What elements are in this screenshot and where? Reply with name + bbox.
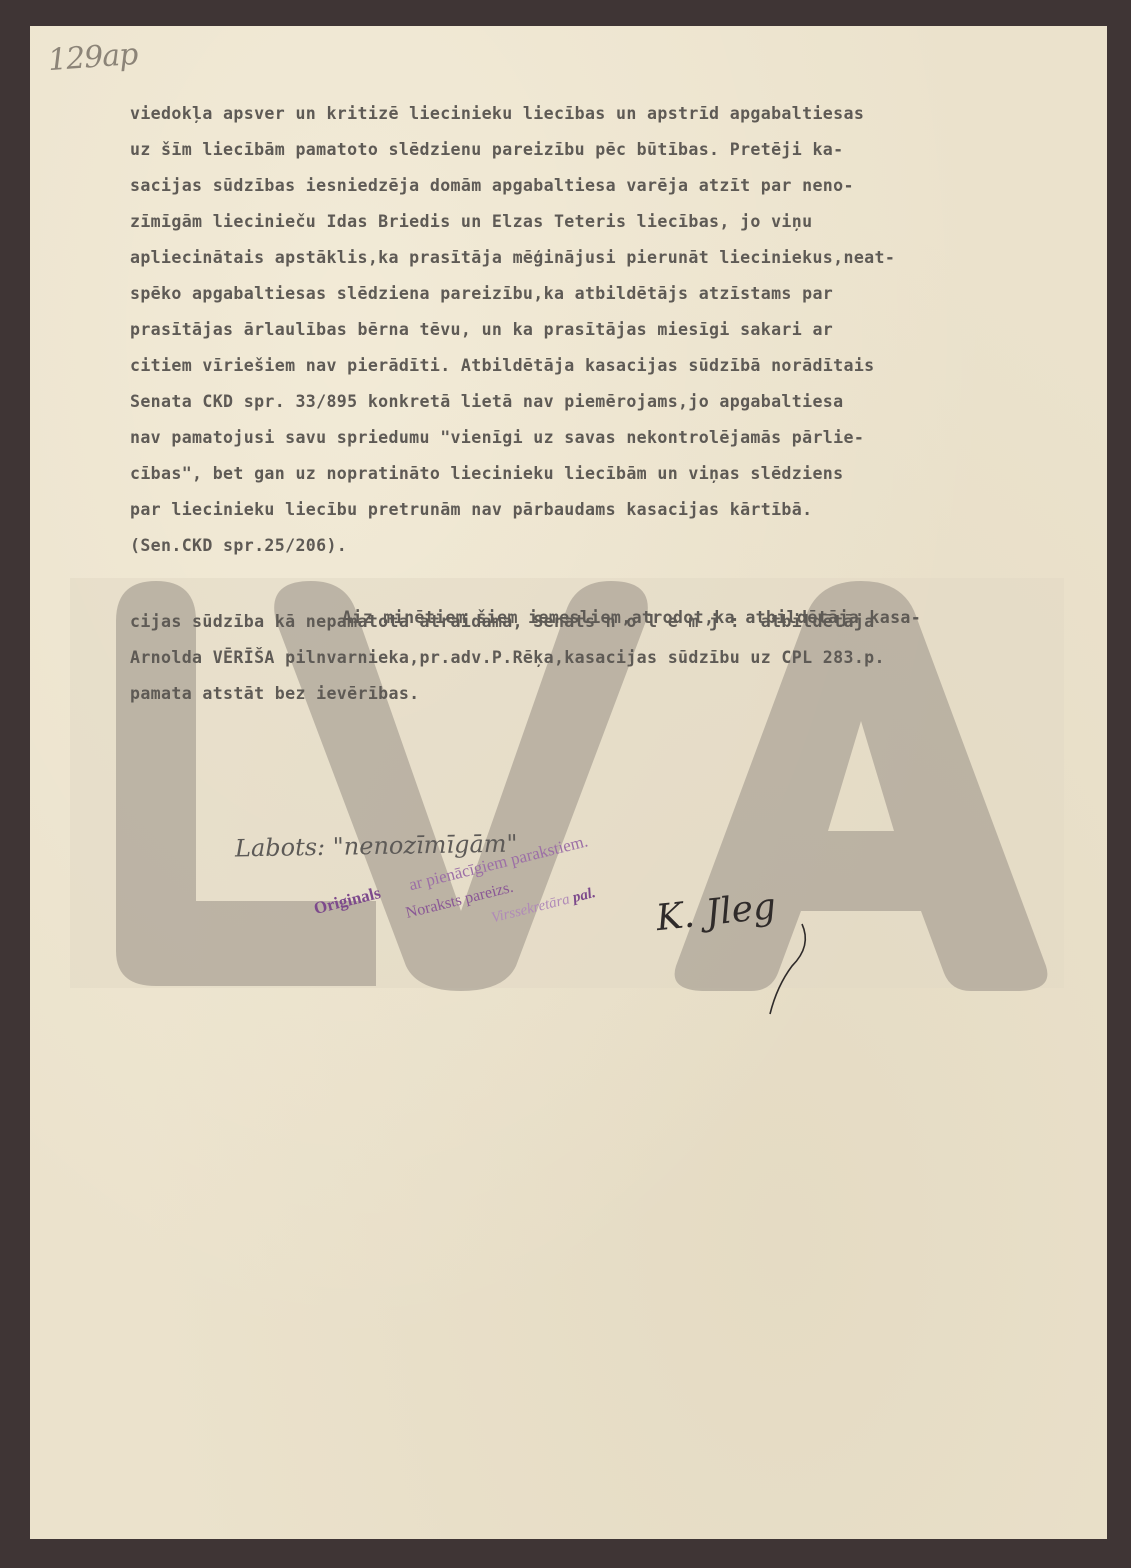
typed-line: apliecinātais apstāklis,ka prasītāja mēģ… [130,240,1050,276]
typed-line: uz šīm liecībām pamatoto slēdzienu parei… [130,132,1050,168]
typed-line: par liecinieku liecību pretrunām nav pār… [130,492,1050,528]
signature-stroke-icon [652,886,832,1016]
typed-line: prasītājas ārlaulības bērna tēvu, un ka … [130,312,1050,348]
bleed-through-text [260,1066,760,1326]
handwritten-correction: Labots: "nenozīmīgām" [235,830,518,863]
typed-line: cības", bet gan uz nopratināto lieciniek… [130,456,1050,492]
typed-line: (Sen.CKD spr.25/206). [130,528,1050,564]
typed-line: viedokļa apsver un kritizē liecinieku li… [130,96,1050,132]
typed-line: spēko apgabaltiesas slēdziena pareizību,… [130,276,1050,312]
typed-line: citiem vīriešiem nav pierādīti. Atbildēt… [130,348,1050,384]
decision-line: Arnolda VĒRĪŠA pilnvarnieka,pr.adv.P.Rēķ… [130,640,1050,676]
decision-line: pamata atstāt bez ievērības. [130,676,1050,712]
typed-line: Senata CKD spr. 33/895 konkretā lietā na… [130,384,1050,420]
folio-number: 129ap [47,37,139,78]
typed-line-decision-start: Aiz minētiem šiem iemesliem,atrodot,ka a… [130,564,1050,604]
signature: K. Jleg [652,886,832,1016]
typed-line: zīmīgām liecinieču Idas Briedis un Elzas… [130,204,1050,240]
typed-line: nav pamatojusi savu spriedumu "vienīgi u… [130,420,1050,456]
document-page: 129ap viedokļa apsver un kritizē liecini… [30,26,1107,1539]
typed-line: sacijas sūdzības iesniedzēja domām apgab… [130,168,1050,204]
typed-body: viedokļa apsver un kritizē liecinieku li… [130,96,1050,712]
